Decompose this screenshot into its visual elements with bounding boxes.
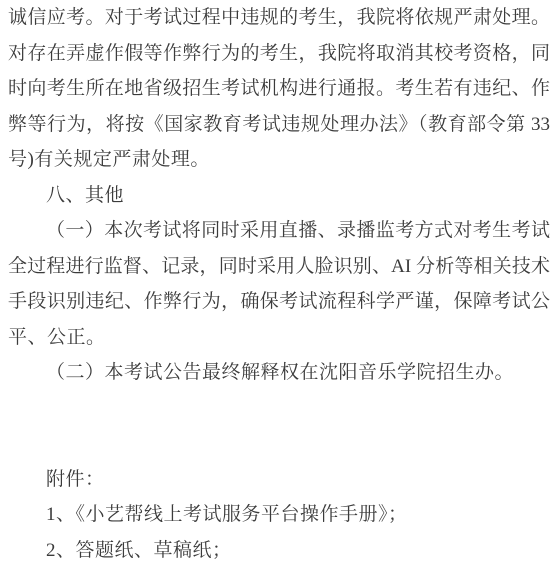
text-line: 号)有关规定严肃处理。 bbox=[8, 142, 550, 178]
text-line: 全过程进行监督、记录，同时采用人脸识别、AI 分析等相关技术 bbox=[8, 249, 550, 285]
blank-line bbox=[8, 426, 550, 462]
attachment-item: 2、答题纸、草稿纸； bbox=[8, 533, 550, 569]
text-line: （二）本考试公告最终解释权在沈阳音乐学院招生办。 bbox=[8, 355, 550, 391]
text-line: 手段识别违纪、作弊行为，确保考试流程科学严谨，保障考试公 bbox=[8, 284, 550, 320]
text-line: 时向考生所在地省级招生考试机构进行通报。考生若有违纪、作 bbox=[8, 71, 550, 107]
attachment-item: 1、《小艺帮线上考试服务平台操作手册》； bbox=[8, 497, 550, 533]
text-line: （一）本次考试将同时采用直播、录播监考方式对考生考试 bbox=[8, 213, 550, 249]
section-heading: 八、其他 bbox=[8, 178, 550, 214]
text-line: 诚信应考。对于考试过程中违规的考生，我院将依规严肃处理。 bbox=[8, 0, 550, 36]
blank-line bbox=[8, 391, 550, 427]
text-line: 弊等行为，将按《国家教育考试违规处理办法》（教育部令第 33 bbox=[8, 107, 550, 143]
attachments-label: 附件： bbox=[8, 462, 550, 498]
text-line: 平、公正。 bbox=[8, 320, 550, 356]
text-line: 对存在弄虚作假等作弊行为的考生，我院将取消其校考资格，同 bbox=[8, 36, 550, 72]
document-page: 诚信应考。对于考试过程中违规的考生，我院将依规严肃处理。 对存在弄虚作假等作弊行… bbox=[0, 0, 558, 573]
